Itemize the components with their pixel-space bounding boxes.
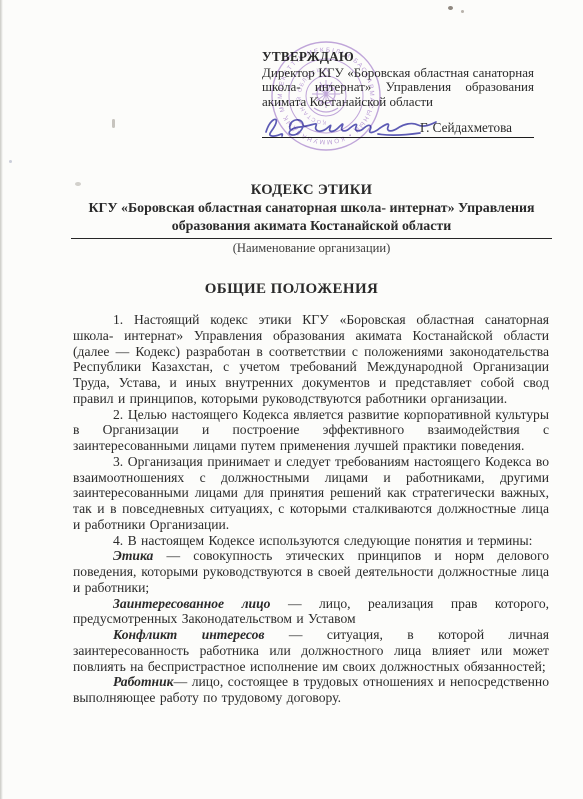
approval-heading: УТВЕРЖДАЮ	[262, 50, 534, 65]
paragraph-3: 3. Организация принимает и следует требо…	[73, 454, 549, 533]
definition-term: Заинтересованное лицо	[113, 596, 270, 611]
document-title: КОДЕКС ЭТИКИ	[71, 182, 552, 199]
organization-name: КГУ «Боровская областная санаторная школ…	[71, 200, 552, 235]
definition-term: Этика	[113, 548, 153, 563]
handwritten-signature	[260, 109, 440, 143]
approval-body: Директор КГУ «Боровская областная санато…	[262, 66, 534, 110]
title-underline	[71, 238, 552, 239]
section-heading: ОБЩИЕ ПОЛОЖЕНИЯ	[0, 281, 583, 298]
definition-separator: —	[174, 674, 192, 689]
definition-ethics: Этика — совокупность этических принципов…	[73, 548, 549, 595]
organization-caption: (Наименование организации)	[71, 241, 552, 256]
document-body: 1. Настоящий кодекс этики КГУ «Боровская…	[73, 312, 549, 706]
definition-separator: —	[264, 627, 326, 642]
signatory-name: Г. Сейдахметова	[420, 121, 512, 136]
title-block: КОДЕКС ЭТИКИ КГУ «Боровская областная са…	[71, 182, 552, 256]
definition-term: Работник	[113, 674, 174, 689]
scan-speck	[112, 119, 115, 128]
definition-conflict-of-interest: Конфликт интересов — ситуация, в которой…	[73, 627, 549, 674]
scan-speck	[461, 10, 464, 13]
definition-employee: Работник— лицо, состоящее в трудовых отн…	[73, 674, 549, 706]
signature-line: Г. Сейдахметова	[262, 118, 534, 138]
definition-separator: —	[270, 596, 319, 611]
paragraph-1: 1. Настоящий кодекс этики КГУ «Боровская…	[73, 312, 549, 407]
definition-separator: —	[153, 548, 193, 563]
scan-edge-artifact	[0, 0, 3, 799]
scan-speck	[9, 160, 12, 163]
paragraph-2: 2. Целью настоящего Кодекса является раз…	[73, 407, 549, 454]
definition-stakeholder: Заинтересованное лицо — лицо, реализация…	[73, 596, 549, 628]
scan-speck	[448, 6, 453, 10]
paragraph-4: 4. В настоящем Кодексе используются след…	[73, 533, 549, 549]
approval-block: УТВЕРЖДАЮ Директор КГУ «Боровская област…	[262, 50, 534, 138]
definition-term: Конфликт интересов	[113, 627, 264, 642]
scanned-document-page: УТВЕРЖДАЮ Директор КГУ «Боровская област…	[0, 0, 583, 799]
